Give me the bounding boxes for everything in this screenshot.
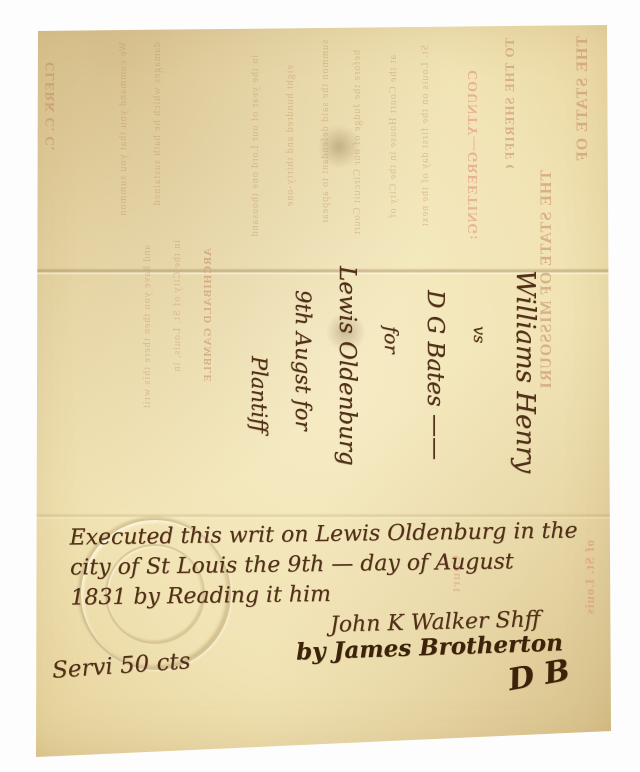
fee-note: Servi 50 cts [51, 648, 191, 684]
bleedthrough-text: THE STATE OF [574, 36, 592, 336]
return-note: Executed this writ on Lewis Oldenburg in… [69, 518, 578, 615]
bleedthrough-text: TO THE SHERIFF OF [502, 38, 518, 168]
document-paper: CLERK C. C. We command you that you summ… [0, 0, 640, 772]
bleedthrough-text: We command you that you summon [118, 42, 129, 442]
docket-plaintiff: Plantiff [237, 260, 281, 528]
bleedthrough-text: St. Louis on the first day of the next [420, 45, 431, 245]
docket-defendant: Lewis Oldenburg [325, 260, 369, 528]
bleedthrough-text: at the Court House in the City of [388, 55, 399, 255]
docket-party-names: Williams Henry [501, 260, 549, 528]
docket-party-names-2: D G Bates —— [413, 260, 457, 528]
bleedthrough-text: CLERK C. C. [42, 62, 58, 222]
docket-date: 9th Augst for [281, 260, 325, 528]
docket-block: Williams Henry vs D G Bates —— for Lewis… [237, 260, 549, 528]
bleedthrough-text: summon the said defendant to appear [320, 40, 331, 270]
docket-word: for [369, 260, 413, 528]
bleedthrough-text: in the City of St. Louis, in [172, 240, 183, 425]
scan-background: CLERK C. C. We command you that you summ… [0, 0, 640, 772]
bleedthrough-text: ARCHIBALD GAMBLE [202, 248, 214, 408]
bleedthrough-text: damages which he hath sustained [152, 42, 163, 232]
bleedthrough-text: and have you then there this writ [142, 245, 153, 445]
deputy-initials: D B [505, 653, 572, 698]
docket-versus: vs [457, 260, 501, 528]
bleedthrough-text: of St. Louis [582, 540, 598, 670]
bleedthrough-text: before the Judge of our Circuit Court [352, 50, 363, 280]
